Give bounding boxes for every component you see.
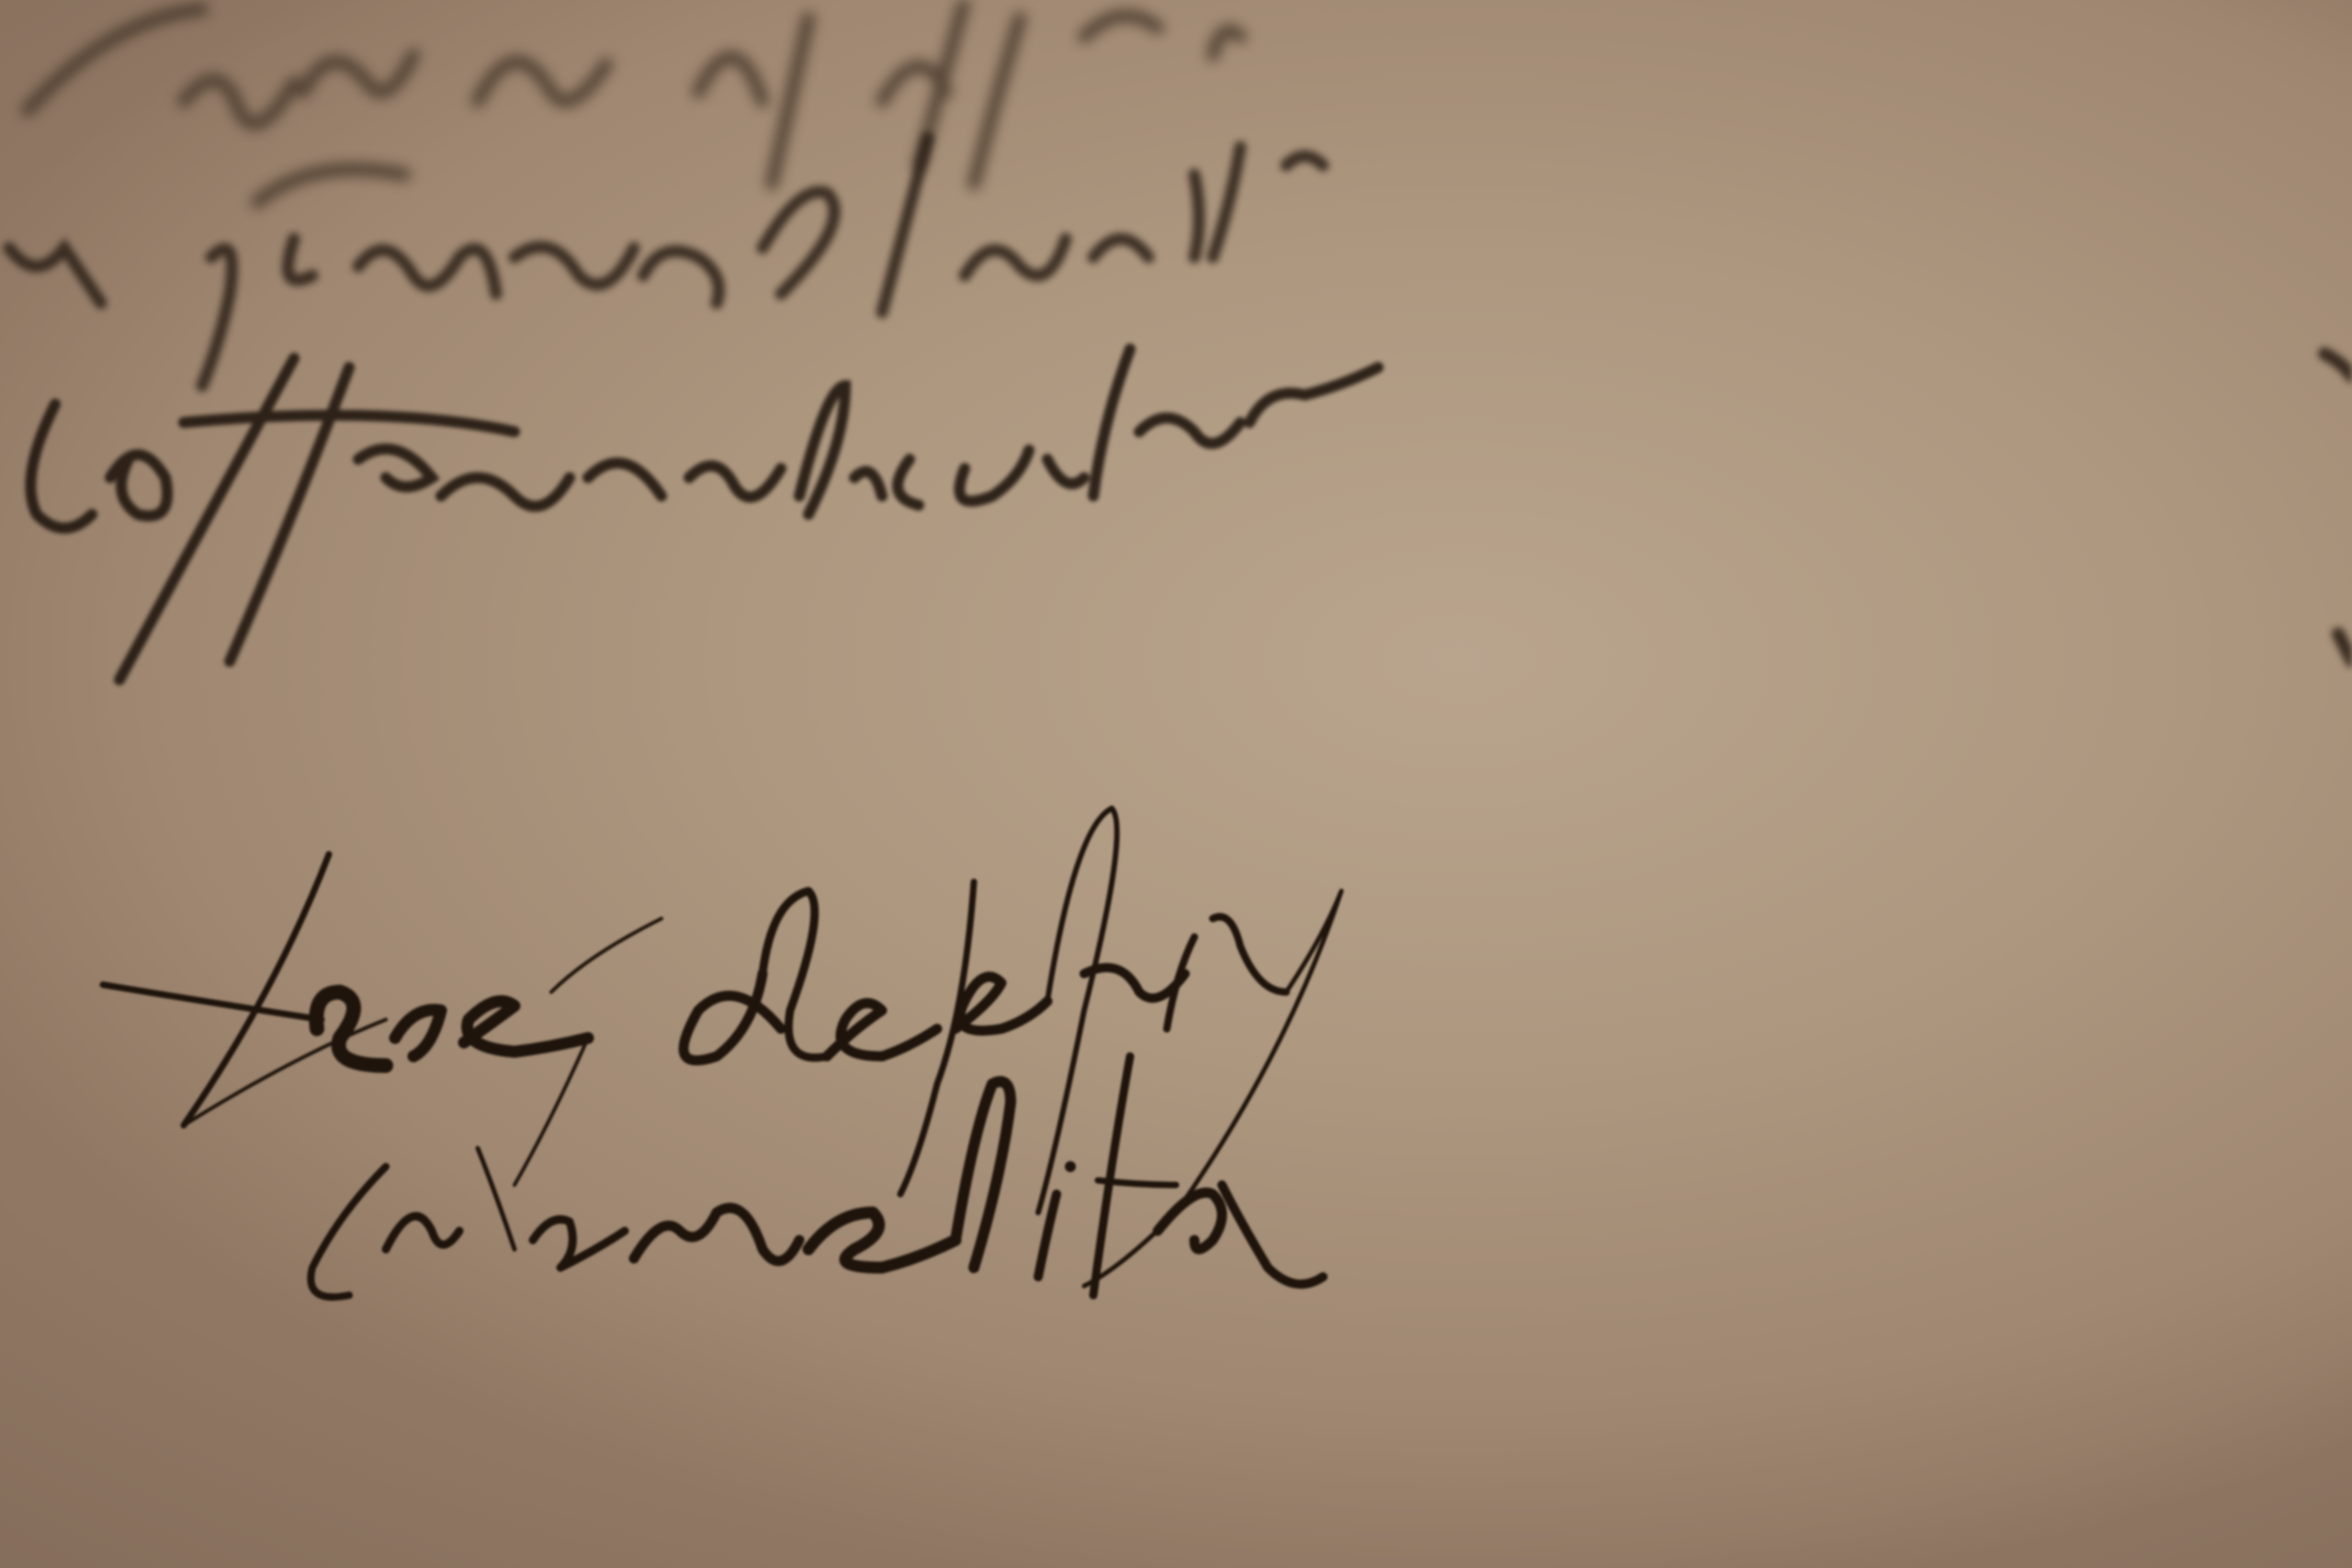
signature bbox=[0, 0, 2352, 1568]
manuscript-photo: ...en sabad ... ... ...y graa mes staa .… bbox=[0, 0, 2352, 1568]
